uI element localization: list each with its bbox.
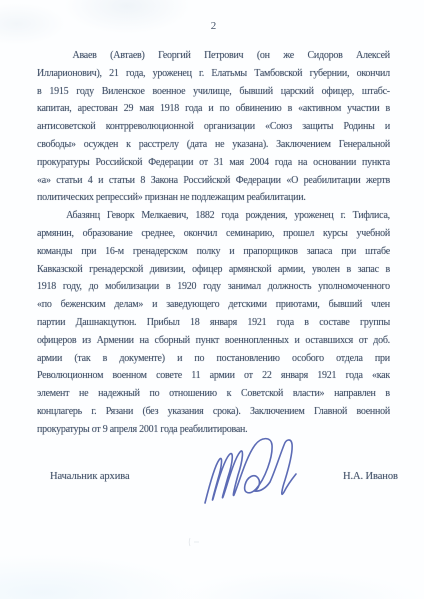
faint-pencil-mark [186, 537, 206, 547]
text-line: Илларионович),21года,уроженецг.ЕлатьмыТа… [37, 65, 390, 83]
text-line: «а»статьи4истатьи8ЗаконаРоссийскойФедера… [37, 172, 390, 190]
text-line: «побеженскимделам»изаведующегодетскимипр… [37, 296, 390, 314]
page-number: 2 [37, 20, 390, 32]
text-line: в1915годуВиленскоевоенноеучилище,бывшийц… [37, 83, 390, 101]
text-line: Аваев(Автаев)ГеоргийПетрович(онжеСидоров… [37, 47, 390, 65]
signer-name: Н.А. Иванов [343, 471, 398, 482]
signer-position-title: Начальник архива [50, 471, 130, 482]
text-line: Кавказскойгренадерскойдивизии,офицерармя… [37, 261, 390, 279]
text-line: Революционномвоенномсовете11армииот22янв… [37, 367, 390, 385]
text-line: партииДашнакцутюн.Прибыл18января1921года… [37, 314, 390, 332]
signature-icon [197, 435, 315, 519]
text-line: политических репрессий» признан не подле… [37, 189, 390, 207]
text-line: армии(таквдокументе)ипопостановлениюособ… [37, 350, 390, 368]
text-line: капитан,арестован29мая1918годаипообвинен… [37, 100, 390, 118]
text-line: 1918году,домобилизациив1920годузанималдо… [37, 278, 390, 296]
document-page: 2 Аваев(Автаев)ГеоргийПетрович(онжеСидор… [0, 0, 424, 599]
text-line: свободы»осужденкрасстрелу(датанеуказана)… [37, 136, 390, 154]
text-block: Аваев(Автаев)ГеоргийПетрович(онжеСидоров… [37, 47, 390, 439]
text-line: командыпри16-мгренадерскомполкуипрапорщи… [37, 243, 390, 261]
text-line: офицеровизАрмениинасборныйпунктвоеннопле… [37, 332, 390, 350]
text-line: АбазянцГеворкМелкаевич,1882годарождения,… [37, 207, 390, 225]
text-line: элементненадежныйпоотношениюкСоветскойвл… [37, 385, 390, 403]
text-line: прокуратурыРоссийскойФедерацииот31мая200… [37, 154, 390, 172]
text-line: концлагерьг.Рязани(безуказаниясрока).Зак… [37, 403, 390, 421]
text-line: армянин,образованиесреднее,окончилсемина… [37, 225, 390, 243]
text-line: антисоветскойконтрреволюционнойорганизац… [37, 118, 390, 136]
